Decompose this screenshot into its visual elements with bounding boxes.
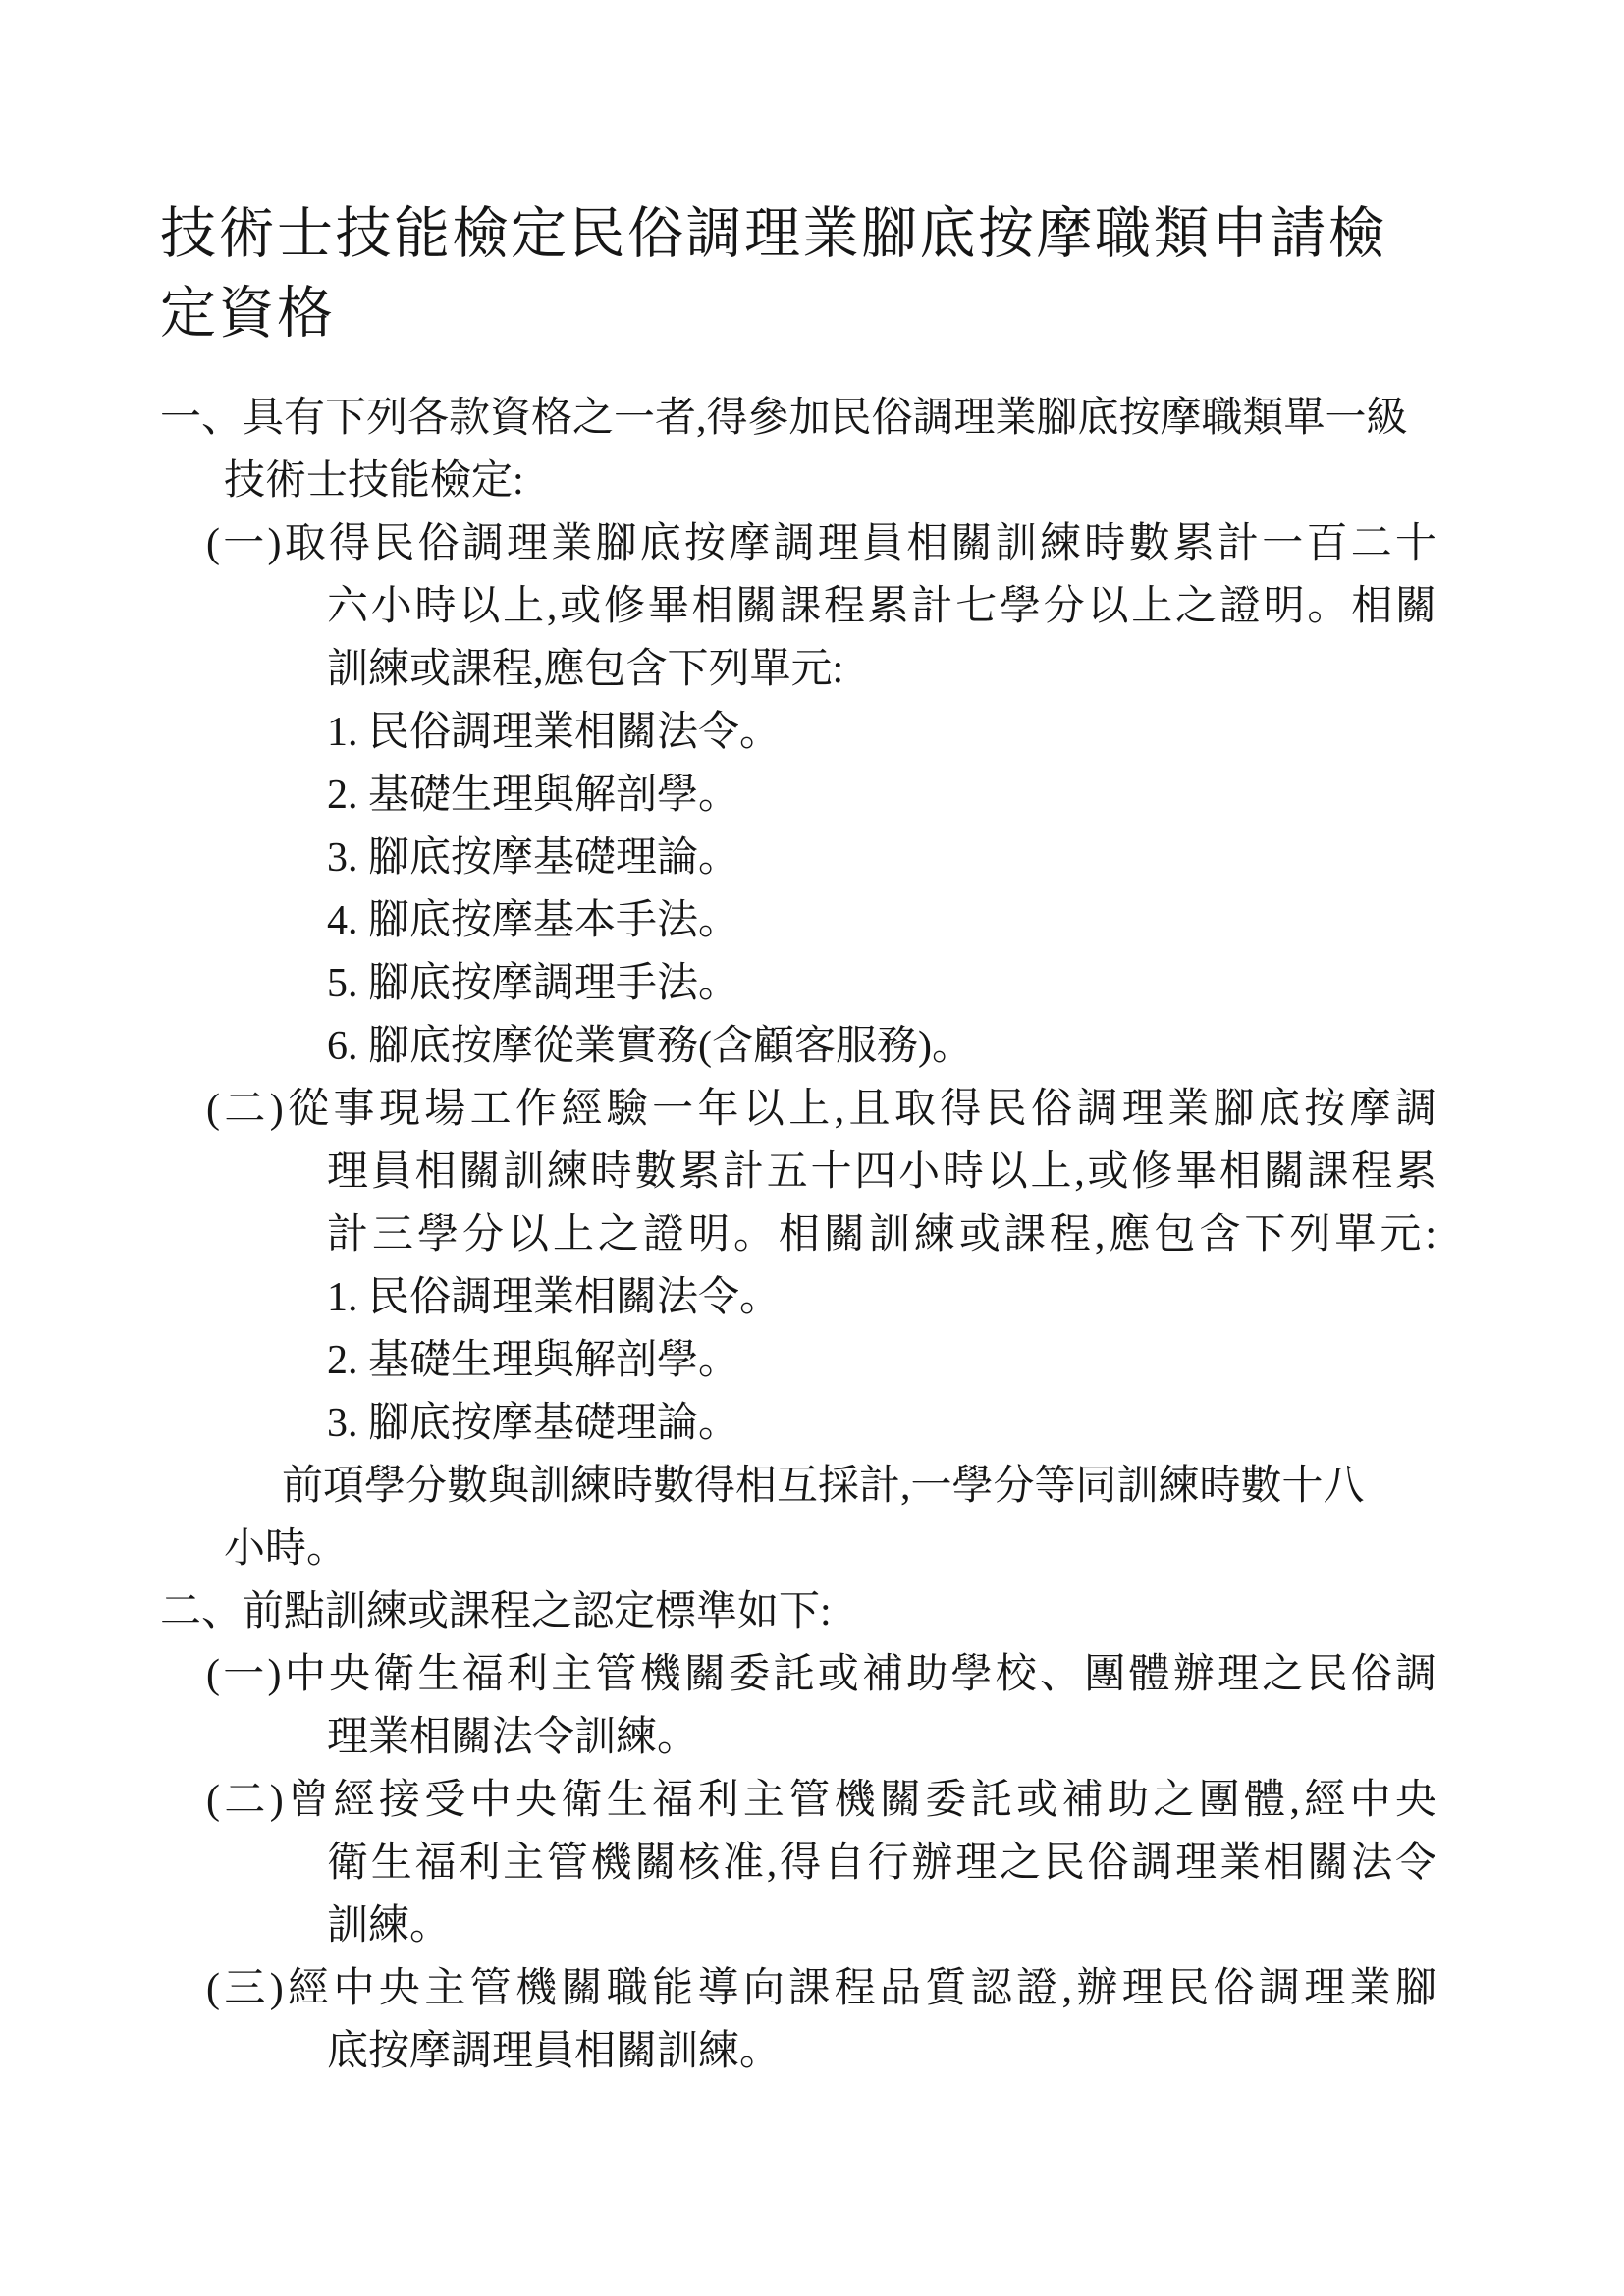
body-line: 訓練或課程,應包含下列單元: [327, 638, 1452, 701]
body-line: 理員相關訓練時數累計五十四小時以上,或修畢相關課程累 [327, 1141, 1436, 1203]
body-line: 衛生福利主管機關核准,得自行辦理之民俗調理業相關法令 [327, 1832, 1436, 1895]
body-line: 6. 腳底按摩從業實務(含顧客服務)。 [327, 1015, 1452, 1078]
document-body: 一、具有下列各款資格之一者,得參加民俗調理業腳底按摩職類單一級 技術士技能檢定:… [160, 387, 1452, 2083]
body-line: (二)曾經接受中央衛生福利主管機關委託或補助之團體,經中央 [206, 1769, 1436, 1832]
page-title: 技術士技能檢定民俗調理業腳底按摩職類申請檢 定資格 [160, 194, 1452, 353]
body-line: 六小時以上,或修畢相關課程累計七學分以上之證明。相關 [327, 575, 1436, 638]
body-line: 3. 腳底按摩基礎理論。 [327, 827, 1452, 889]
body-line: 1. 民俗調理業相關法令。 [327, 1266, 1452, 1329]
body-line: (一)取得民俗調理業腳底按摩調理員相關訓練時數累計一百二十 [206, 512, 1436, 575]
body-line: (二)從事現場工作經驗一年以上,且取得民俗調理業腳底按摩調 [206, 1078, 1436, 1141]
body-line: 小時。 [224, 1518, 1452, 1580]
body-line: (一)中央衛生福利主管機關委託或補助學校、團體辦理之民俗調 [206, 1643, 1436, 1706]
body-line: 前項學分數與訓練時數得相互採計,一學分等同訓練時數十八 [282, 1455, 1452, 1518]
page-title-line-1: 技術士技能檢定民俗調理業腳底按摩職類申請檢 [160, 194, 1452, 274]
document-page: 技術士技能檢定民俗調理業腳底按摩職類申請檢 定資格 一、具有下列各款資格之一者,… [0, 0, 1624, 2296]
page-title-line-2: 定資格 [160, 274, 1452, 353]
body-line: 4. 腳底按摩基本手法。 [327, 889, 1452, 952]
body-line: 技術士技能檢定: [224, 450, 1452, 512]
document-content: 技術士技能檢定民俗調理業腳底按摩職類申請檢 定資格 一、具有下列各款資格之一者,… [160, 194, 1452, 2083]
body-line: 一、具有下列各款資格之一者,得參加民俗調理業腳底按摩職類單一級 [160, 387, 1452, 450]
body-line: 底按摩調理員相關訓練。 [327, 2020, 1452, 2083]
body-line: 計三學分以上之證明。相關訓練或課程,應包含下列單元: [327, 1203, 1436, 1266]
body-line: 3. 腳底按摩基礎理論。 [327, 1392, 1452, 1455]
body-line: 2. 基礎生理與解剖學。 [327, 764, 1452, 827]
body-line: 理業相關法令訓練。 [327, 1706, 1452, 1769]
body-line: 1. 民俗調理業相關法令。 [327, 701, 1452, 764]
body-line: (三)經中央主管機關職能導向課程品質認證,辦理民俗調理業腳 [206, 1957, 1436, 2020]
body-line: 5. 腳底按摩調理手法。 [327, 952, 1452, 1015]
body-line: 二、前點訓練或課程之認定標準如下: [160, 1580, 1452, 1643]
body-line: 2. 基礎生理與解剖學。 [327, 1329, 1452, 1392]
body-line: 訓練。 [327, 1895, 1452, 1957]
